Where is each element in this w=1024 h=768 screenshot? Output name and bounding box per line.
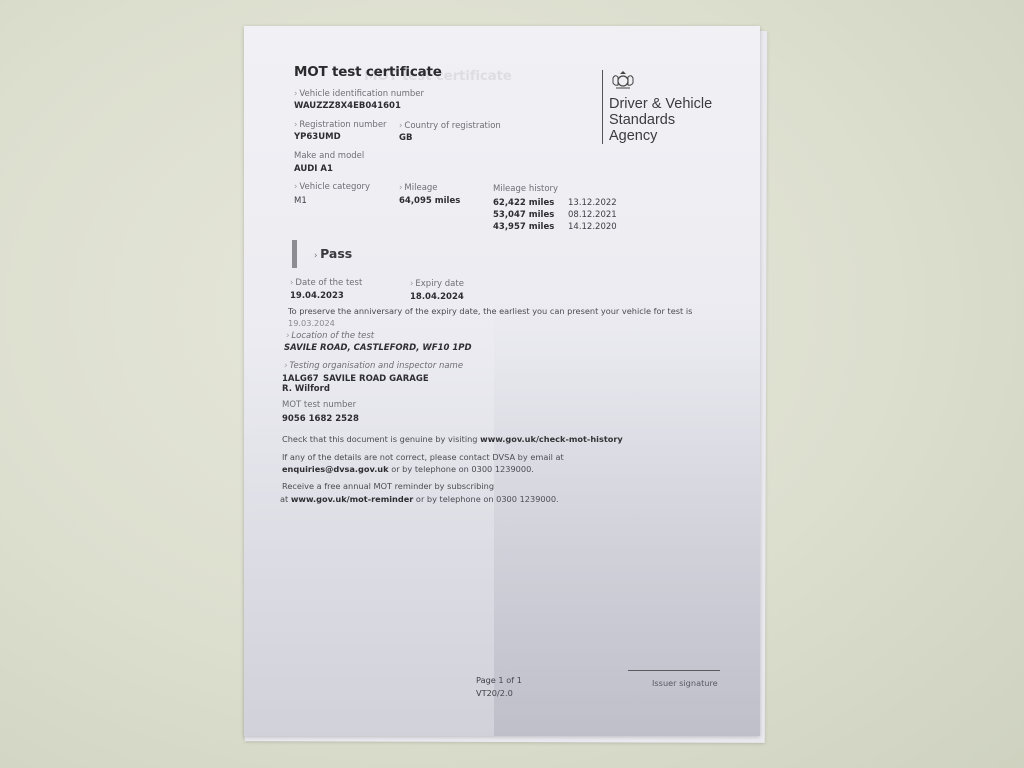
category-label: ›Vehicle category [294, 182, 370, 192]
issuer-signature-label: Issuer signature [652, 678, 718, 688]
logo-divider [602, 70, 603, 144]
location-label: ›Location of the test [286, 331, 374, 341]
mileage-history-date-2: 08.12.2021 [568, 210, 617, 220]
test-number-label: MOT test number [282, 400, 356, 410]
mileage-value: 64,095 miles [399, 196, 460, 206]
location-value: SAVILE ROAD, CASTLEFORD, WF10 1PD [284, 343, 472, 353]
mileage-history-miles-3: 43,957 miles [493, 222, 554, 232]
mileage-history-miles-2: 53,047 miles [493, 210, 554, 220]
issuer-name: Driver & Vehicle Standards Agency [609, 96, 712, 144]
mileage-history-date-3: 14.12.2020 [568, 222, 617, 232]
reminder-line-2: at www.gov.uk/mot-reminder or by telepho… [280, 494, 559, 504]
test-date-label: ›Date of the test [290, 278, 362, 288]
organisation-name: SAVILE ROAD GARAGE [323, 374, 429, 384]
page-title: MOT test certificate [294, 64, 442, 80]
expiry-date-value: 18.04.2024 [410, 292, 464, 302]
mileage-history-label: Mileage history [493, 184, 558, 194]
mileage-label: ›Mileage [399, 183, 438, 193]
organisation-label: ›Testing organisation and inspector name [284, 361, 463, 371]
registration-value: YP63UMD [294, 132, 341, 142]
contact-line-2: enquiries@dvsa.gov.uk or by telephone on… [282, 464, 534, 474]
mot-certificate-page: MOT test certificate MOT test certificat… [244, 26, 760, 736]
country-label: ›Country of registration [399, 121, 501, 131]
contact-email-link[interactable]: enquiries@dvsa.gov.uk [282, 464, 389, 474]
registration-label: ›Registration number [294, 120, 387, 130]
expiry-date-label: ›Expiry date [410, 279, 464, 289]
mileage-history-miles-1: 62,422 miles [493, 198, 554, 208]
vin-label: ›Vehicle identification number [294, 89, 424, 99]
mot-reminder-link[interactable]: www.gov.uk/mot-reminder [291, 494, 413, 504]
test-date-value: 19.04.2023 [290, 291, 344, 301]
test-number-value: 9056 1682 2528 [282, 414, 359, 424]
contact-line-1: If any of the details are not correct, p… [282, 452, 564, 462]
inspector-name: R. Wilford [282, 384, 330, 394]
signature-line [628, 670, 720, 671]
country-value: GB [399, 133, 412, 143]
page-number: Page 1 of 1 [476, 675, 522, 685]
result-status: › Pass [314, 246, 352, 261]
category-value: M1 [294, 196, 307, 206]
reminder-line-1: Receive a free annual MOT reminder by su… [282, 481, 494, 491]
organisation-code: 1ALG67 [282, 374, 319, 384]
earliest-test-date: 19.03.2024 [288, 318, 335, 328]
anniversary-note: To preserve the anniversary of the expir… [288, 306, 692, 316]
form-code: VT20/2.0 [476, 688, 513, 698]
make-model-label: Make and model [294, 151, 364, 161]
check-mot-link[interactable]: www.gov.uk/check-mot-history [480, 434, 623, 444]
result-marker [292, 240, 297, 268]
check-genuine-text: Check that this document is genuine by v… [282, 434, 623, 444]
vin-value: WAUZZZ8X4EB041601 [294, 101, 401, 111]
make-model-value: AUDI A1 [294, 164, 333, 174]
mileage-history-date-1: 13.12.2022 [568, 198, 617, 208]
royal-crest-icon [610, 70, 636, 90]
